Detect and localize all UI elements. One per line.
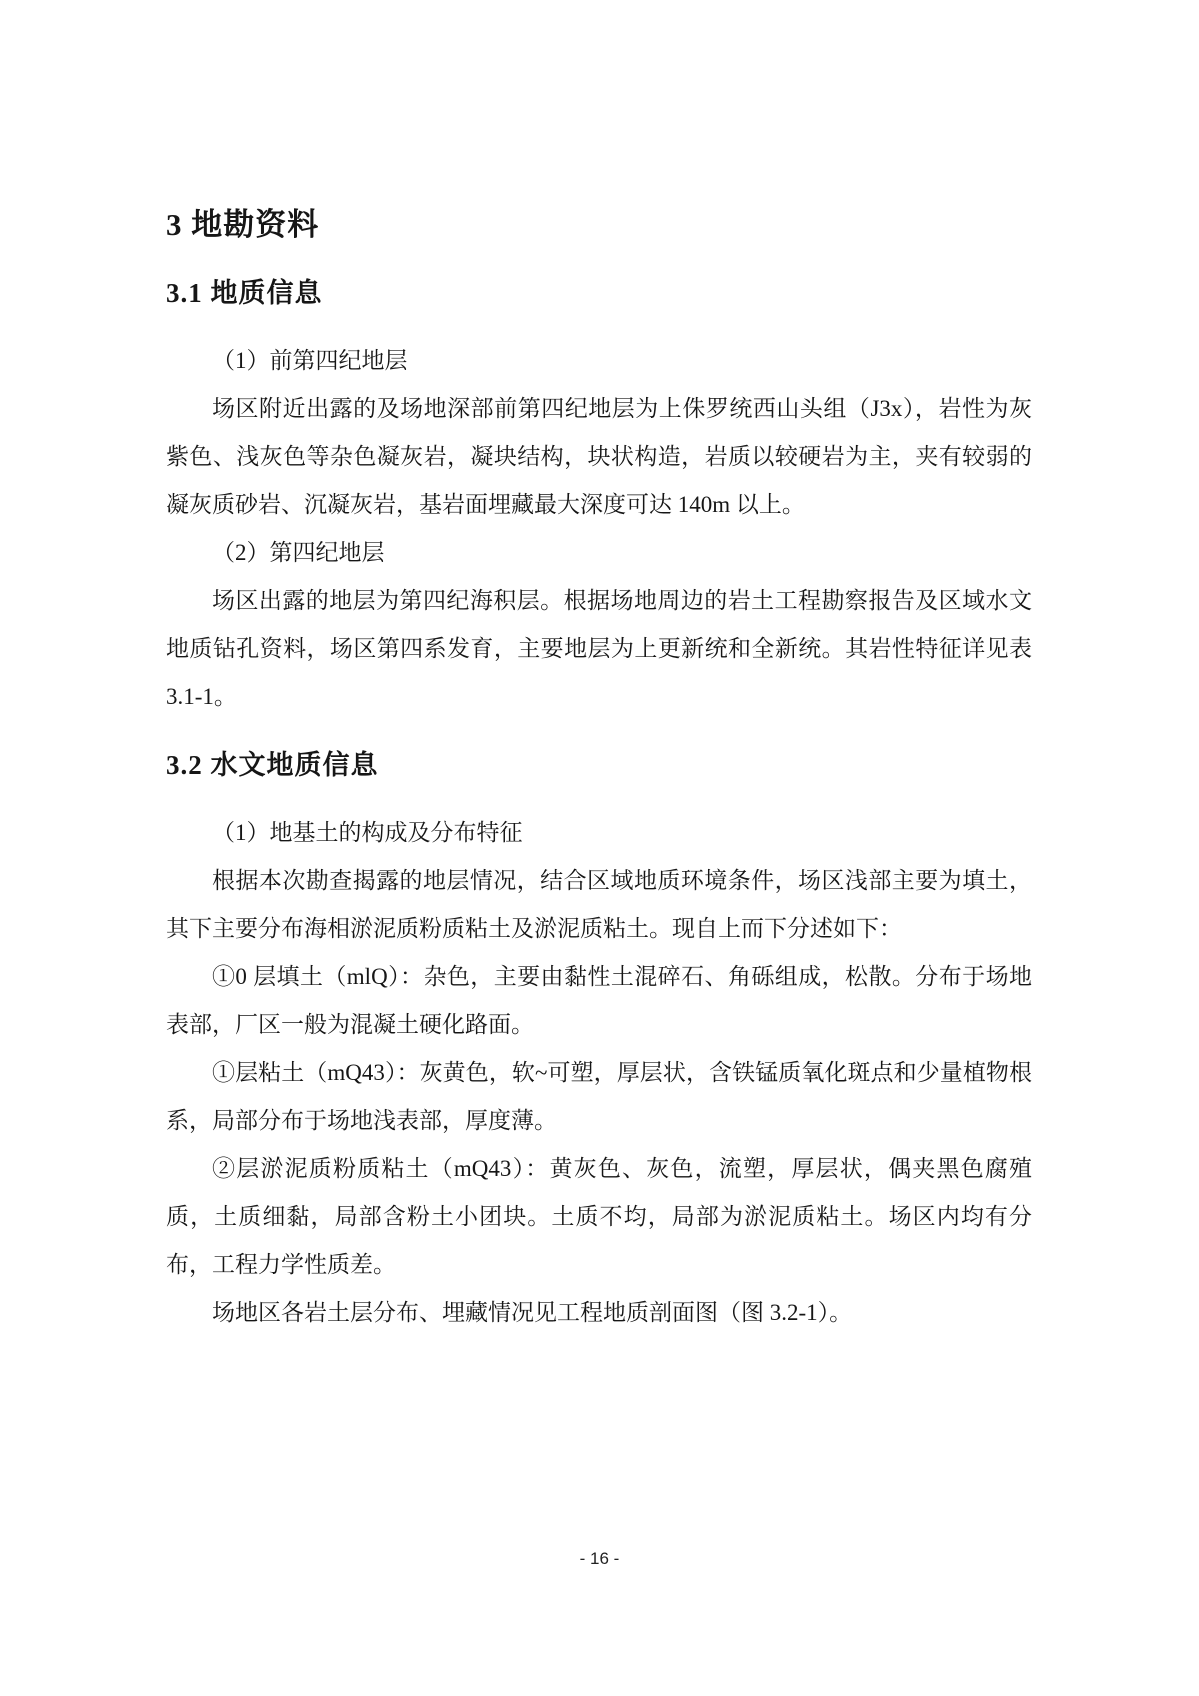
paragraph-quaternary-label: （2）第四纪地层 [166, 529, 1032, 577]
paragraph-quaternary-description: 场区出露的地层为第四纪海积层。根据场地周边的岩土工程勘察报告及区域水文地质钻孔资… [166, 577, 1032, 721]
paragraph-foundation-soil-label: （1）地基土的构成及分布特征 [166, 809, 1032, 857]
section-heading-3-2: 3.2 水文地质信息 [166, 747, 1032, 783]
paragraph-foundation-soil-intro: 根据本次勘查揭露的地层情况，结合区域地质环境条件，场区浅部主要为填土，其下主要分… [166, 857, 1032, 953]
paragraph-layer-fill-soil: ①0 层填土（mlQ）：杂色，主要由黏性土混碎石、角砾组成，松散。分布于场地表部… [166, 953, 1032, 1049]
page-number: - 16 - [0, 1549, 1199, 1569]
paragraph-pre-quaternary-description: 场区附近出露的及场地深部前第四纪地层为上侏罗统西山头组（J3x），岩性为灰紫色、… [166, 385, 1032, 529]
section-heading-3-1: 3.1 地质信息 [166, 275, 1032, 311]
paragraph-profile-reference: 场地区各岩土层分布、埋藏情况见工程地质剖面图（图 3.2-1）。 [166, 1289, 1032, 1337]
chapter-heading: 3 地勘资料 [166, 205, 1032, 245]
document-page: 3 地勘资料 3.1 地质信息 （1）前第四纪地层 场区附近出露的及场地深部前第… [0, 0, 1199, 1696]
paragraph-pre-quaternary-label: （1）前第四纪地层 [166, 337, 1032, 385]
paragraph-layer-silty-clay: ②层淤泥质粉质粘土（mQ43）：黄灰色、灰色，流塑，厚层状，偶夹黑色腐殖质，土质… [166, 1145, 1032, 1289]
paragraph-layer-clay: ①层粘土（mQ43）：灰黄色，软~可塑，厚层状，含铁锰质氧化斑点和少量植物根系，… [166, 1049, 1032, 1145]
